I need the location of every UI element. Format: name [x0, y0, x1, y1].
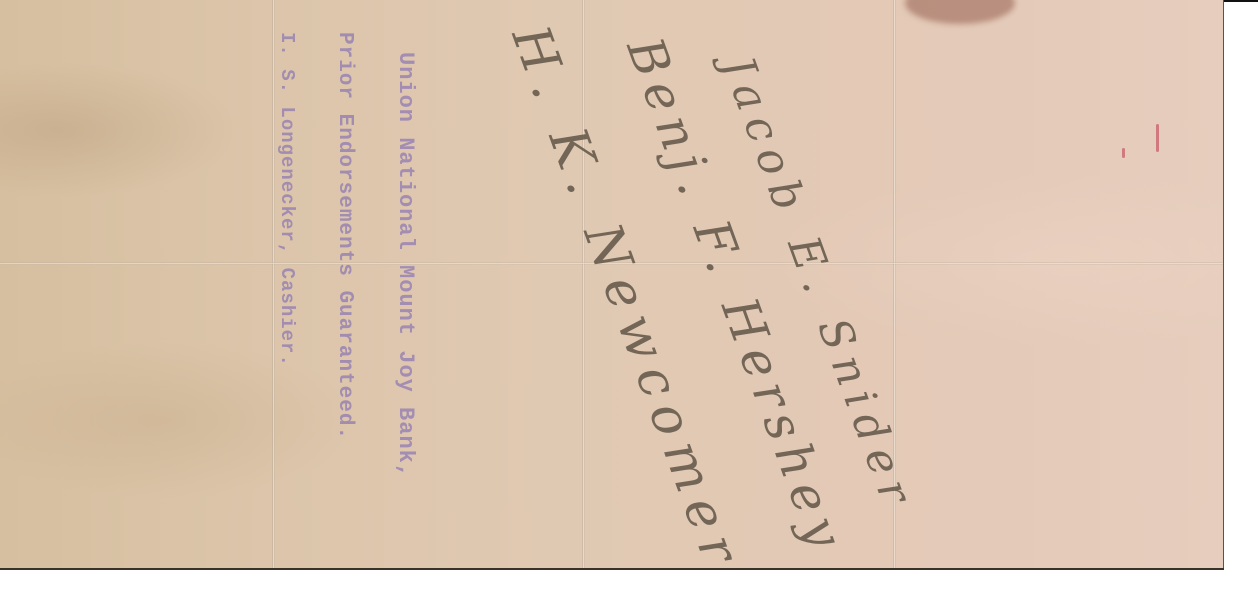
red-mark	[1156, 124, 1159, 152]
stamp-guarantee: Prior Endorsements Guaranteed.	[333, 32, 356, 440]
check-back-paper: Union National Mount Joy Bank, Prior End…	[0, 0, 1224, 570]
fold-line-vertical	[582, 0, 585, 568]
stamp-cashier: I. S. Longenecker, Cashier.	[276, 32, 298, 367]
scan-edge-line	[1222, 0, 1258, 2]
fold-line-vertical	[272, 0, 275, 568]
red-mark	[1122, 148, 1125, 158]
perforation-holes	[1220, 0, 1224, 568]
ink-stain	[905, 0, 1015, 24]
stamp-bank-name: Union National Mount Joy Bank,	[393, 52, 418, 478]
